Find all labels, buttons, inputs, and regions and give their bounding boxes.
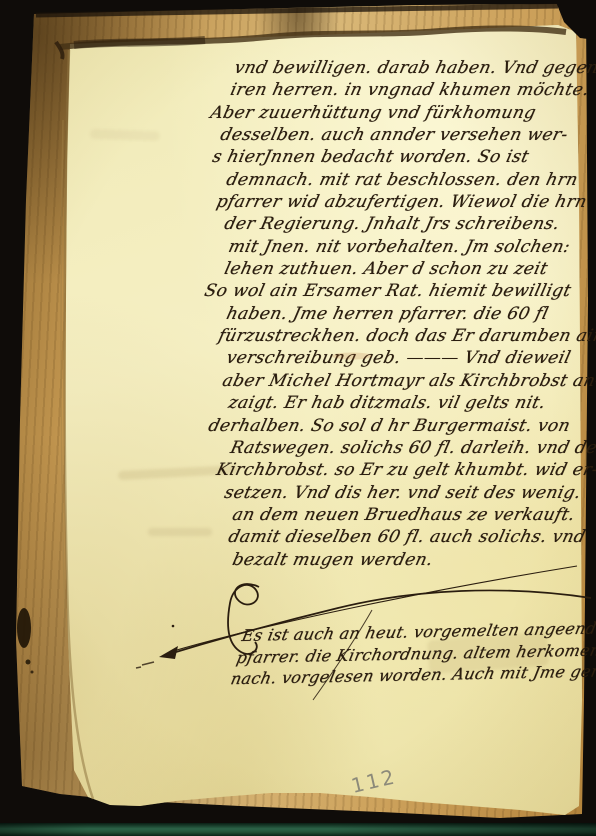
manuscript-line: Aber zuuerhüttung vnd fürkhomung bbox=[208, 102, 596, 124]
paragraph-postscript: Es ist auch an heut. vorgemelten angeend… bbox=[235, 617, 596, 690]
manuscript-line: pfarrer wid abzufertigen. Wiewol die hrn bbox=[214, 191, 596, 213]
manuscript-line: s hierJnnen bedacht worden. So ist bbox=[210, 146, 596, 168]
manuscript-line: fürzustreckhen. doch das Er darumben ain bbox=[216, 325, 596, 347]
green-mat-strip bbox=[0, 823, 596, 836]
manuscript-line: der Regierung. Jnhalt Jrs schreibens. bbox=[222, 213, 596, 235]
paragraph-main: vnd bewilligen. darab haben. Vnd gegen i… bbox=[224, 57, 596, 571]
manuscript-line: mit Jnen. nit vorbehalten. Jm solchen: bbox=[226, 236, 596, 258]
manuscript-line: derhalben. So sol d hr Burgermaist. von bbox=[206, 415, 596, 437]
manuscript-line: aber Michel Hortmayr als Kirchbrobst an- bbox=[220, 370, 596, 392]
manuscript-line: desselben. auch annder versehen wer- bbox=[218, 124, 596, 146]
manuscript-line: bezalt mugen werden. bbox=[230, 549, 596, 571]
manuscript-line: haben. Jme herren pfarrer. die 60 fl bbox=[224, 303, 596, 325]
manuscript-line: So wol ain Ersamer Rat. hiemit bewilligt bbox=[202, 280, 596, 302]
manuscript-line: Kirchbrobst. so Er zu gelt khumbt. wid e… bbox=[214, 459, 596, 481]
manuscript-line: setzen. Vnd dis her. vnd seit des wenig. bbox=[222, 482, 596, 504]
manuscript-line: verschreibung geb. ——— Vnd dieweil bbox=[224, 347, 596, 369]
photo-backdrop: vnd bewilligen. darab haben. Vnd gegen i… bbox=[0, 0, 596, 836]
ink-show-through bbox=[148, 528, 212, 536]
manuscript-line: demnach. mit rat beschlossen. den hrn bbox=[224, 169, 596, 191]
manuscript-line: an dem neuen Bruedhaus ze verkauft. bbox=[230, 504, 596, 526]
manuscript-line: vnd bewilligen. darab haben. Vnd gegen bbox=[232, 57, 596, 79]
manuscript-line: Ratswegen. solichs 60 fl. darleih. vnd d… bbox=[228, 437, 596, 459]
manuscript-line: iren herren. in vngnad khumen möchte. bbox=[228, 79, 596, 101]
manuscript-line: damit dieselben 60 fl. auch solichs. vnd bbox=[226, 526, 596, 548]
manuscript-line: zaigt. Er hab ditzmals. vil gelts nit. bbox=[226, 392, 596, 414]
manuscript-line: lehen zuthuen. Aber d schon zu zeit bbox=[222, 258, 596, 280]
